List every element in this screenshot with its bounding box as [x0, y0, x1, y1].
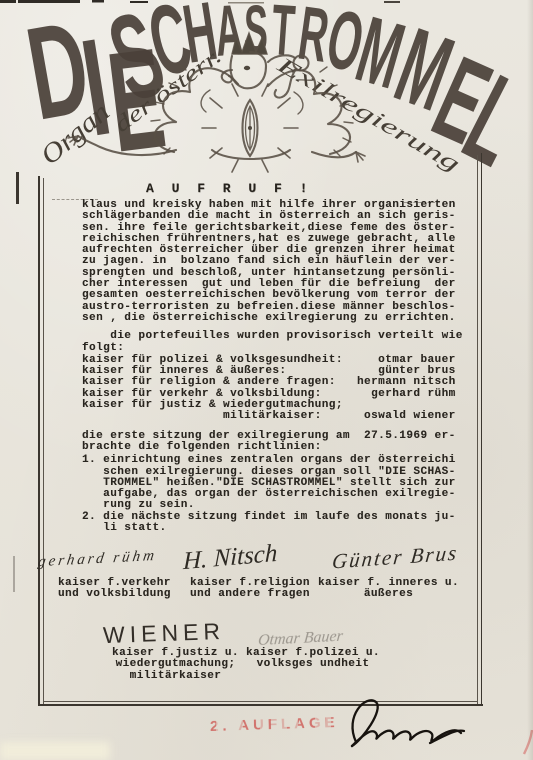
left-plume: [155, 68, 238, 152]
edge-mark: [18, 0, 80, 3]
title-letter: L: [444, 49, 533, 192]
right-claw: [356, 152, 365, 162]
tagline-der-oesterr: der österr.: [109, 43, 226, 137]
brus-signature-label: kaiser f. inneres u. äußeres: [318, 578, 459, 601]
title-letter: M: [346, 0, 414, 109]
list-item-2: 2. die nächste sitzung findet im laufe d…: [82, 512, 462, 535]
creature-eye: [244, 66, 250, 70]
title-letter: S: [244, 0, 268, 68]
scribble-flourish: [430, 731, 464, 743]
left-margin-mark: [16, 172, 19, 204]
ink-signature-scribble: [352, 700, 464, 746]
list-item-1: 1. einrichtung eines zentralen organs de…: [82, 455, 462, 511]
nitsch-signature-label: kaiser f.religion und andere fragen: [190, 578, 310, 601]
title-letter: E: [417, 32, 508, 169]
creature-beak-curl: [222, 70, 232, 82]
crown-icon: [232, 33, 267, 54]
scribble-loop: [352, 700, 378, 746]
edge-mark: [0, 0, 16, 3]
paragraph-2: die portefeuilles wurden provisorisch ve…: [82, 331, 462, 354]
masthead-title-die: D I E: [17, 0, 172, 183]
edge-mark: [228, 2, 264, 4]
creature-drawing: [68, 33, 365, 172]
ruehm-signature: gerhard rühm: [37, 548, 158, 571]
nitsch-signature: H. Nitsch: [183, 540, 278, 576]
tagline-organ: Organ: [35, 96, 116, 170]
body-text-column: klaus und kreisky haben mit hilfe ihrer …: [82, 200, 462, 534]
frame-right-inner: [477, 155, 478, 705]
title-letter: T: [269, 0, 297, 72]
title-letter: M: [382, 6, 466, 134]
radiant-almond: [243, 100, 258, 156]
title-letter: C: [138, 0, 201, 98]
monocle-icon: [294, 56, 309, 71]
frame-bottom-outer: [38, 704, 483, 706]
portfolio-list: kaiser für polizei & volksgesundheit: ot…: [82, 355, 462, 423]
paragraph-1: klaus und kreisky haben mit hilfe ihrer …: [82, 200, 462, 324]
masthead-tagline: Organ der österr. Exilregierung: [35, 43, 465, 177]
left-plume-fur: [151, 65, 210, 154]
creature-belly: [212, 150, 290, 159]
paper-edge-shadow: [527, 0, 533, 760]
frame-bottom-inner: [44, 701, 478, 702]
frame-right-outer: [481, 153, 483, 705]
bauer-signature-label: kaiser f.polizei u. volksges undheit: [246, 648, 380, 671]
edge-mark: [92, 0, 104, 3]
scribble-waves: [352, 730, 461, 746]
right-plume: [268, 70, 350, 154]
frame-left-inner: [43, 178, 44, 705]
title-letter: R: [294, 0, 334, 78]
page-title: A U F R U F !: [146, 181, 312, 196]
title-letter: S: [93, 0, 180, 128]
left-claw: [68, 136, 78, 145]
left-margin-mark-faint: [13, 556, 15, 592]
title-letter: I: [73, 10, 120, 166]
almond-rays: [202, 84, 298, 172]
monocle-handle: [268, 55, 296, 97]
edge-mark: [130, 1, 148, 3]
scanned-page: D I E S C H A S T R O M M E L Organ der …: [0, 0, 533, 760]
brus-signature: Günter Brus: [331, 540, 460, 574]
paragraph-3: die erste sitzung der exilregierung am 2…: [82, 431, 462, 454]
edge-mark: [384, 1, 400, 3]
right-leg: [312, 152, 356, 157]
title-letter: A: [213, 0, 246, 72]
title-letter: D: [17, 0, 99, 149]
wiener-signature-label: kaiser f.justiz u. wiedergutmachung; mil…: [112, 648, 239, 682]
creature-head: [231, 52, 267, 88]
tagline-exilregierung: Exilregierung: [272, 51, 464, 176]
title-letter: O: [319, 0, 371, 90]
title-letter: E: [101, 19, 173, 182]
edition-stamp: 2. AUFLAGE: [210, 714, 339, 735]
right-plume-fur: [294, 67, 353, 156]
wiener-signature: WIENER: [103, 618, 226, 649]
left-leg: [78, 136, 176, 155]
title-letter: H: [177, 0, 222, 82]
radiant-almond-inner: [246, 106, 255, 150]
ruehm-signature-label: kaiser f.verkehr und volksbildung: [58, 578, 171, 601]
frame-left-outer: [38, 176, 40, 705]
paper-edge-highlight: [0, 742, 110, 760]
almond-dot: [248, 126, 252, 130]
masthead-title-schastrommel: S C H A S T R O M M E L: [93, 0, 533, 193]
